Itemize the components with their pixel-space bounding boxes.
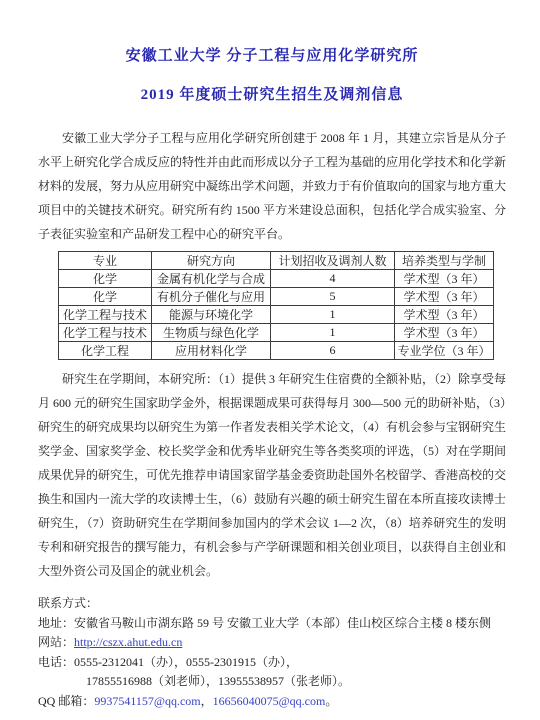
cell-type: 学术型（3 年） bbox=[395, 288, 494, 306]
intro-paragraph: 安徽工业大学分子工程与应用化学研究所创建于 2008 年 1 月，其建立宗旨是从… bbox=[38, 126, 506, 246]
cell-major: 化学工程 bbox=[59, 342, 152, 360]
document-title-line2: 2019 年度硕士研究生招生及调剂信息 bbox=[38, 83, 506, 104]
cell-direction: 金属有机化学与合成 bbox=[152, 270, 271, 288]
contact-phone-line1: 电话：0555-2312041（办），0555-2301915（办）， bbox=[38, 653, 506, 673]
table-row: 化学工程 应用材料化学 6 专业学位（3 年） bbox=[59, 342, 494, 360]
cell-direction: 有机分子催化与应用 bbox=[152, 288, 271, 306]
cell-type: 学术型（3 年） bbox=[395, 306, 494, 324]
table-row: 化学工程与技术 生物质与绿色化学 1 学术型（3 年） bbox=[59, 324, 494, 342]
table-row: 化学 有机分子催化与应用 5 学术型（3 年） bbox=[59, 288, 494, 306]
table-header-direction: 研究方向 bbox=[152, 252, 271, 270]
admission-quota-table: 专业 研究方向 计划招收及调剂人数 培养类型与学制 化学 金属有机化学与合成 4… bbox=[58, 251, 494, 360]
benefits-paragraph: 研究生在学期间，本研究所：（1）提供 3 年研究生住宿费的全额补贴，（2）除享受… bbox=[38, 367, 506, 583]
contact-qq: QQ 邮箱：9937541157@qq.com，16656040075@qq.c… bbox=[38, 692, 506, 712]
table-header-type: 培养类型与学制 bbox=[395, 252, 494, 270]
cell-quota: 6 bbox=[271, 342, 395, 360]
website-link[interactable]: http://cszx.ahut.edu.cn bbox=[74, 635, 182, 649]
qq-label: QQ 邮箱： bbox=[38, 694, 94, 708]
cell-quota: 1 bbox=[271, 306, 395, 324]
qq-separator: ， bbox=[201, 694, 213, 708]
cell-major: 化学工程与技术 bbox=[59, 324, 152, 342]
cell-direction: 能源与环境化学 bbox=[152, 306, 271, 324]
contact-website: 网站：http://cszx.ahut.edu.cn bbox=[38, 633, 506, 653]
document-title-line1: 安徽工业大学 分子工程与应用化学研究所 bbox=[38, 44, 506, 65]
table-row: 化学工程与技术 能源与环境化学 1 学术型（3 年） bbox=[59, 306, 494, 324]
cell-quota: 1 bbox=[271, 324, 395, 342]
qq-end-punct: 。 bbox=[325, 694, 337, 708]
cell-major: 化学工程与技术 bbox=[59, 306, 152, 324]
qq-email-link-1[interactable]: 9937541157@qq.com bbox=[94, 694, 200, 708]
table-row: 化学 金属有机化学与合成 4 学术型（3 年） bbox=[59, 270, 494, 288]
cell-quota: 4 bbox=[271, 270, 395, 288]
contact-heading: 联系方式： bbox=[38, 594, 506, 614]
qq-email-link-2[interactable]: 16656040075@qq.com bbox=[213, 694, 326, 708]
cell-type: 学术型（3 年） bbox=[395, 270, 494, 288]
document-page: 安徽工业大学 分子工程与应用化学研究所 2019 年度硕士研究生招生及调剂信息 … bbox=[0, 0, 540, 720]
cell-direction: 生物质与绿色化学 bbox=[152, 324, 271, 342]
cell-major: 化学 bbox=[59, 288, 152, 306]
table-header-row: 专业 研究方向 计划招收及调剂人数 培养类型与学制 bbox=[59, 252, 494, 270]
contact-phone-line2: 17855516988（刘老师），13955538957（张老师）。 bbox=[38, 672, 506, 692]
table-header-quota: 计划招收及调剂人数 bbox=[271, 252, 395, 270]
table-header-major: 专业 bbox=[59, 252, 152, 270]
cell-type: 学术型（3 年） bbox=[395, 324, 494, 342]
website-label: 网站： bbox=[38, 635, 74, 649]
cell-quota: 5 bbox=[271, 288, 395, 306]
contact-section: 联系方式： 地址：安徽省马鞍山市湖东路 59 号 安徽工业大学（本部）佳山校区综… bbox=[38, 594, 506, 711]
cell-major: 化学 bbox=[59, 270, 152, 288]
cell-type: 专业学位（3 年） bbox=[395, 342, 494, 360]
contact-address: 地址：安徽省马鞍山市湖东路 59 号 安徽工业大学（本部）佳山校区综合主楼 8 … bbox=[38, 614, 506, 634]
cell-direction: 应用材料化学 bbox=[152, 342, 271, 360]
